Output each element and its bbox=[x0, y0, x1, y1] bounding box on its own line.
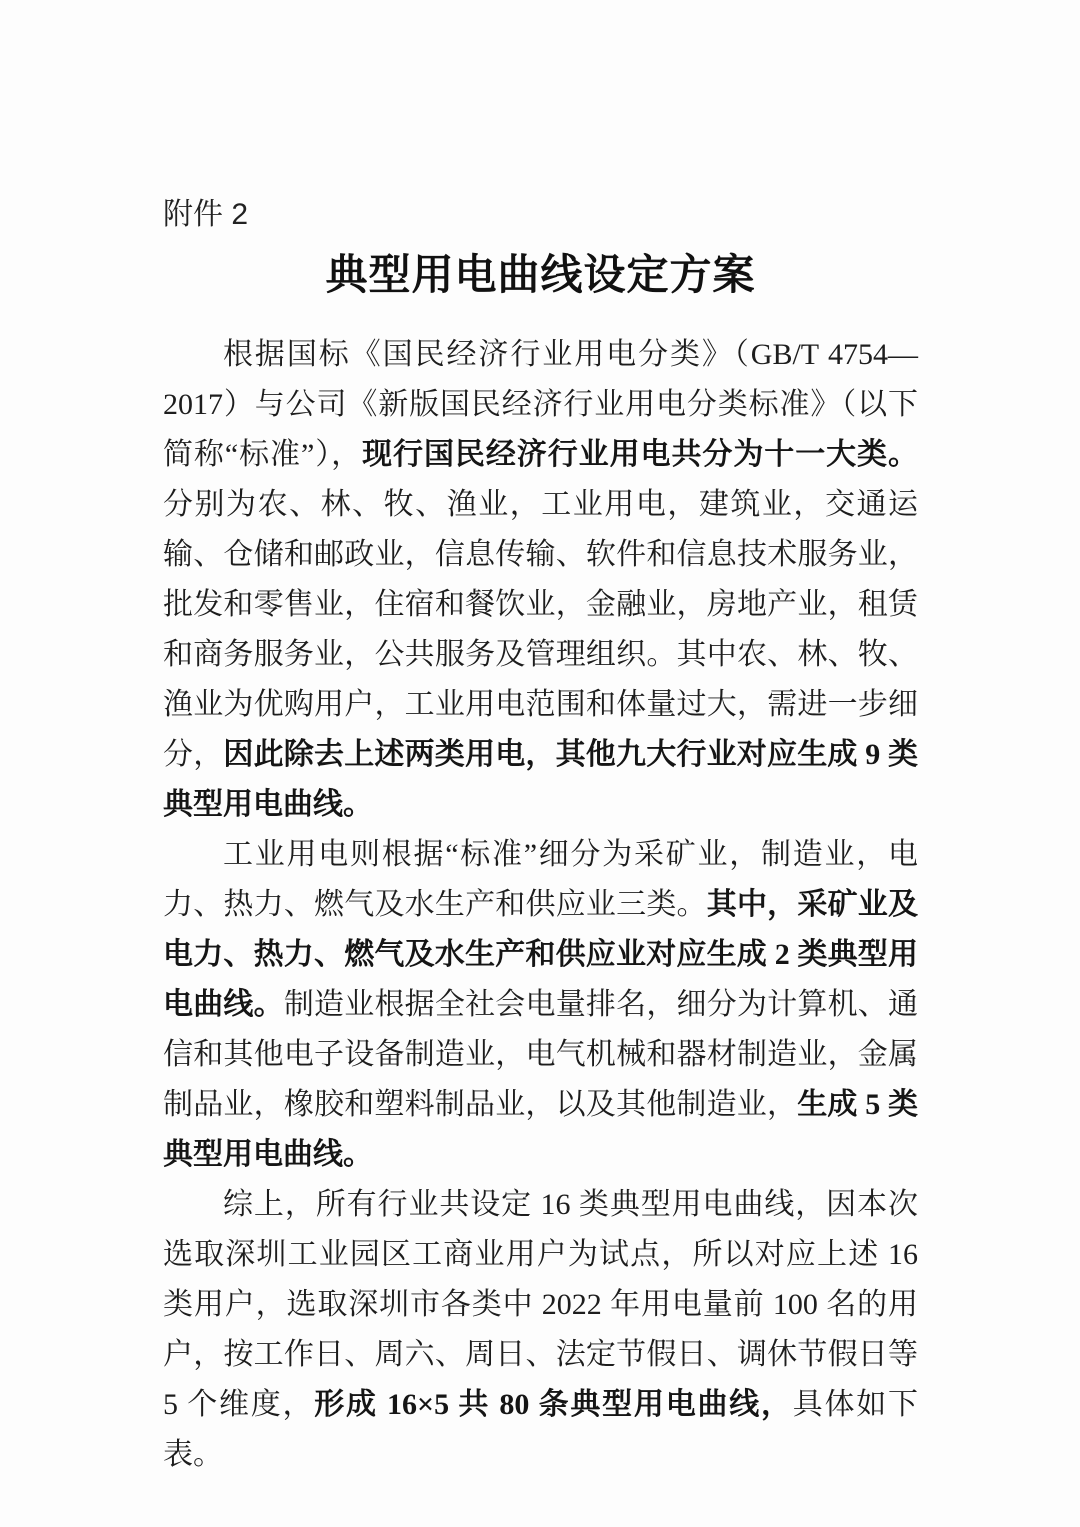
paragraph: 工业用电则根据“标准”细分为采矿业，制造业，电力、热力、燃气及水生产和供应业三类… bbox=[163, 830, 918, 1180]
paragraph: 根据国标《国民经济行业用电分类》（GB/T 4754—2017）与公司《新版国民… bbox=[163, 330, 918, 830]
text-segment: 分别为农、林、牧、渔业，工业用电，建筑业，交通运输、仓储和邮政业，信息传输、软件… bbox=[163, 488, 918, 771]
document-body: 根据国标《国民经济行业用电分类》（GB/T 4754—2017）与公司《新版国民… bbox=[163, 330, 918, 1480]
paragraph: 综上，所有行业共设定 16 类典型用电曲线，因本次选取深圳工业园区工商业用户为试… bbox=[163, 1180, 918, 1480]
document-title: 典型用电曲线设定方案 bbox=[163, 247, 918, 303]
bold-text-segment: 形成 16×5 共 80 条典型用电曲线， bbox=[314, 1388, 792, 1421]
attachment-label: 附件 2 bbox=[163, 197, 918, 233]
bold-text-segment: 现行国民经济行业用电共分为十一大类。 bbox=[362, 438, 918, 471]
bold-text-segment: 因此除去上述两类用电，其他九大行业对应生成 9 类典型用电曲线。 bbox=[163, 738, 918, 821]
document-page: 附件 2 典型用电曲线设定方案 根据国标《国民经济行业用电分类》（GB/T 47… bbox=[0, 0, 1080, 1527]
text-segment: 综上，所有行业共设定 16 类典型用电曲线，因本次选取深圳工业园区工商业用户为试… bbox=[163, 1188, 918, 1421]
